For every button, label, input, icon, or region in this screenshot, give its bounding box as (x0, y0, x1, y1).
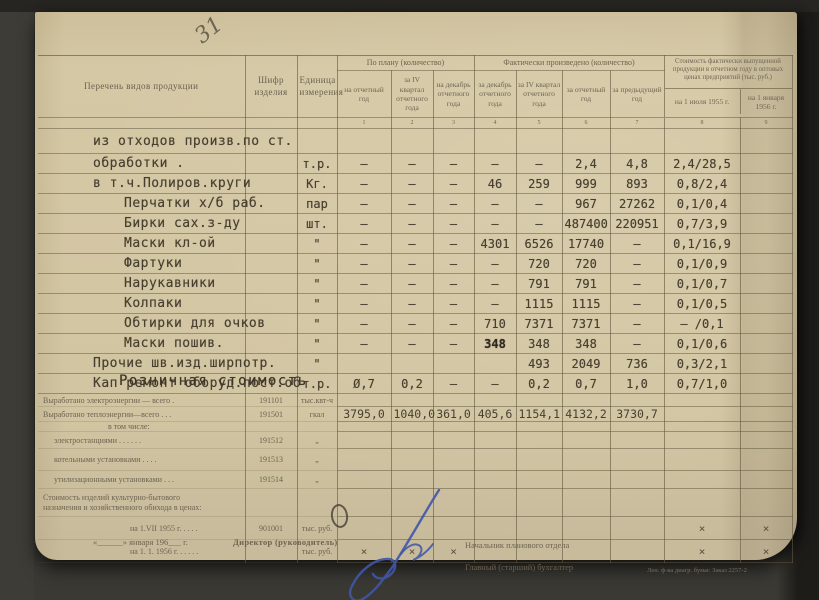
footer-date-line: «______» января 196___ г. (93, 537, 188, 547)
data-cell: 710 (474, 314, 516, 334)
unit-of-measure: пар (297, 194, 337, 214)
data-cell: – (474, 214, 516, 234)
data-cell (664, 407, 740, 422)
data-cell: × (337, 540, 391, 563)
data-cell: 348 (474, 334, 516, 354)
data-cell: 967 (562, 194, 610, 214)
header-code: Шифр изделия (245, 56, 297, 118)
data-cell: – (337, 174, 391, 194)
data-cell (740, 314, 792, 334)
table-row: электростанциями . . . . . . 191512 „ (38, 432, 792, 449)
data-cell: 17740 (562, 234, 610, 254)
data-cell: – (433, 174, 474, 194)
table-row: Бирки сах.з-ду шт. – – – – – 487400 2209… (38, 214, 792, 234)
product-label: Перчатки х/б раб. (38, 194, 245, 214)
data-cell (433, 471, 474, 489)
unit-of-measure: " (297, 274, 337, 294)
data-cell (474, 449, 516, 471)
table-row: Фартуки " – – – – 720 720 – 0,1/0,9 (38, 254, 792, 274)
data-cell (664, 471, 740, 489)
data-cell: – (433, 334, 474, 354)
data-cell (391, 432, 433, 449)
product-code (245, 422, 297, 432)
data-cell (337, 354, 391, 374)
data-cell: – (391, 234, 433, 254)
product-code: 191513 (245, 449, 297, 471)
data-cell (474, 517, 516, 540)
product-label: Маски пошив. (38, 334, 245, 354)
data-cell: – (610, 314, 664, 334)
header-fact-prev-year: за предыдущий год (610, 71, 664, 118)
data-cell: – (337, 214, 391, 234)
product-label: Колпаки (38, 294, 245, 314)
data-cell (337, 129, 391, 154)
product-code: 191512 (245, 432, 297, 449)
data-cell (740, 274, 792, 294)
data-cell: 736 (610, 354, 664, 374)
table-row: Стоимость изделий культурно-бытового наз… (38, 489, 792, 517)
data-cell (516, 394, 562, 407)
data-cell: 720 (516, 254, 562, 274)
data-cell (562, 129, 610, 154)
data-cell: 3730,7 (610, 407, 664, 422)
data-cell: × (664, 517, 740, 540)
data-cell (740, 354, 792, 374)
header-products: Перечень видов продукции (38, 56, 245, 118)
data-cell: 1115 (562, 294, 610, 314)
data-cell (562, 432, 610, 449)
data-cell: – (391, 154, 433, 174)
data-cell (610, 449, 664, 471)
data-cell (740, 422, 792, 432)
header-cost-group: Стоимость фактически выпущенной продукци… (664, 56, 792, 118)
data-cell (610, 394, 664, 407)
unit-of-measure: тыс.квт-ч (297, 394, 337, 407)
table-row: Перчатки х/б раб. пар – – – – – 967 2726… (38, 194, 792, 214)
product-code (245, 294, 297, 314)
data-cell: 493 (516, 354, 562, 374)
data-cell (391, 354, 433, 374)
data-cell (433, 354, 474, 374)
footer-director-label: Директор (руководитель) (233, 537, 338, 547)
data-cell (562, 422, 610, 432)
data-cell: 0,1/0,9 (664, 254, 740, 274)
table-row: Маски пошив. " – – – 348 348 348 – 0,1/0… (38, 334, 792, 354)
table-row: обработки . т.р. – – – – – 2,4 4,8 2,4/2… (38, 154, 792, 174)
unit-of-measure: " (297, 294, 337, 314)
data-cell (391, 449, 433, 471)
data-cell (740, 129, 792, 154)
data-cell: 2049 (562, 354, 610, 374)
column-number: 3 (433, 118, 474, 129)
data-cell: 0,1/0,5 (664, 294, 740, 314)
header-cost-january-1956: на 1 января 1956 г. (741, 89, 792, 114)
data-cell: 0,1/16,9 (664, 234, 740, 254)
column-number: 6 (562, 118, 610, 129)
data-cell: 0,2 (516, 374, 562, 394)
header-cost-july-1955: на 1 июля 1955 г. (665, 89, 741, 114)
data-cell (740, 234, 792, 254)
footer-chief-accountant-label: Главный (старший) бухгалтер (465, 562, 573, 572)
unit-of-measure: „ (297, 449, 337, 471)
column-number: 4 (474, 118, 516, 129)
data-cell (516, 432, 562, 449)
data-cell: – (391, 174, 433, 194)
header-fact-december: за декабрь отчетного года (474, 71, 516, 118)
data-cell (516, 517, 562, 540)
table-row: Выработано электроэнергии — всего . 1911… (38, 394, 792, 407)
document-sheet: 31 Перечень видов продукции Шифр изделия… (35, 12, 797, 560)
data-cell (740, 432, 792, 449)
data-cell (740, 154, 792, 174)
data-cell: – (516, 214, 562, 234)
data-cell: 4301 (474, 234, 516, 254)
data-cell (610, 422, 664, 432)
data-cell: – (433, 374, 474, 394)
table-row: Маски кл-ой " – – – 4301 6526 17740 – 0,… (38, 234, 792, 254)
product-code (245, 154, 297, 174)
data-cell: – (610, 234, 664, 254)
page-number-pencil: 31 (190, 12, 227, 49)
data-cell: – (391, 314, 433, 334)
product-label: обработки . (38, 154, 245, 174)
data-cell: 2,4/28,5 (664, 154, 740, 174)
data-cell: 0,1/0,7 (664, 274, 740, 294)
data-cell: 0,1/0,6 (664, 334, 740, 354)
data-cell (740, 449, 792, 471)
data-cell: – (610, 334, 664, 354)
data-cell: – (433, 294, 474, 314)
product-label: Нарукавники (38, 274, 245, 294)
data-cell: 0,7/3,9 (664, 214, 740, 234)
column-number: 2 (391, 118, 433, 129)
data-cell (610, 489, 664, 517)
data-cell: – (474, 194, 516, 214)
data-cell (740, 407, 792, 422)
unit-of-measure: Кг. (297, 174, 337, 194)
data-cell (740, 394, 792, 407)
header-plan-group: По плану (количество) (337, 56, 474, 71)
data-cell (664, 422, 740, 432)
data-cell: 405,6 (474, 407, 516, 422)
data-cell: 7371 (516, 314, 562, 334)
data-cell (740, 214, 792, 234)
unit-of-measure: " (297, 314, 337, 334)
table-row: Обтирки для очков " – – – 710 7371 7371 … (38, 314, 792, 334)
data-cell: Ø,7 (337, 374, 391, 394)
data-cell (610, 471, 664, 489)
data-cell (337, 449, 391, 471)
data-cell: 2,4 (562, 154, 610, 174)
product-label: Обтирки для очков (38, 314, 245, 334)
data-cell (433, 489, 474, 517)
unit-of-measure: „ (297, 471, 337, 489)
data-cell: – /0,1 (664, 314, 740, 334)
data-cell (391, 129, 433, 154)
data-cell (391, 394, 433, 407)
product-label: в т.ч.Полиров.круги (38, 174, 245, 194)
data-cell: – (474, 154, 516, 174)
data-cell: – (337, 254, 391, 274)
data-cell (610, 129, 664, 154)
data-cell: 1040,0 (391, 407, 433, 422)
header-plan-q4: за IV квартал отчетного года (391, 71, 433, 118)
data-cell (664, 129, 740, 154)
table-row: в т.ч.Полиров.круги Кг. – – – 46 259 999… (38, 174, 792, 194)
product-code (245, 174, 297, 194)
data-cell: 27262 (610, 194, 664, 214)
data-cell (337, 394, 391, 407)
table-row: Колпаки " – – – – 1115 1115 – 0,1/0,5 (38, 294, 792, 314)
data-cell (740, 294, 792, 314)
data-cell: 6526 (516, 234, 562, 254)
data-cell: × (740, 540, 792, 563)
data-cell (433, 517, 474, 540)
product-label: в том числе: (38, 422, 245, 432)
unit-of-measure: " (297, 254, 337, 274)
data-cell: 348 (516, 334, 562, 354)
data-cell: × (664, 540, 740, 563)
data-cell: – (391, 274, 433, 294)
data-cell (433, 432, 474, 449)
data-cell (474, 129, 516, 154)
column-number: 9 (740, 118, 792, 129)
data-cell: 791 (516, 274, 562, 294)
product-code (245, 274, 297, 294)
product-code (245, 254, 297, 274)
data-cell (433, 422, 474, 432)
data-cell (664, 432, 740, 449)
data-cell (474, 354, 516, 374)
data-cell (516, 422, 562, 432)
unit-of-measure (297, 129, 337, 154)
data-cell: – (433, 274, 474, 294)
data-cell (664, 489, 740, 517)
unit-of-measure: " (297, 334, 337, 354)
data-cell: – (610, 274, 664, 294)
header-fact-q4: за IV квартал отчетного года (516, 71, 562, 118)
data-cell (337, 471, 391, 489)
data-cell (391, 471, 433, 489)
data-cell: × (391, 540, 433, 563)
data-cell (740, 334, 792, 354)
product-code (245, 489, 297, 517)
footer-print-shop-note: Лен. ф-ка диагр. бумаг. Заказ 2257-2 (647, 567, 747, 574)
data-cell: 348 (562, 334, 610, 354)
data-cell (516, 471, 562, 489)
table-row: утилизационными установками . . . 191514… (38, 471, 792, 489)
data-cell: – (433, 234, 474, 254)
data-cell: 0,7/1,0 (664, 374, 740, 394)
data-cell: – (391, 334, 433, 354)
product-label: утилизационными установками . . . (38, 471, 245, 489)
product-label: Стоимость изделий культурно-бытового наз… (38, 489, 245, 517)
data-cell (391, 517, 433, 540)
data-cell (740, 254, 792, 274)
header-cost-caption: Стоимость фактически выпущенной продукци… (665, 56, 792, 88)
data-cell: – (474, 274, 516, 294)
data-cell (433, 129, 474, 154)
data-cell (610, 517, 664, 540)
data-cell: 0,7 (562, 374, 610, 394)
data-cell: – (433, 214, 474, 234)
footer-planning-head-label: Начальник планового отдела (465, 540, 569, 550)
product-label: котельными установками . . . . (38, 449, 245, 471)
data-cell: – (391, 294, 433, 314)
product-label: из отходов произв.по ст. (38, 129, 245, 154)
data-cell (562, 517, 610, 540)
data-cell: 1115 (516, 294, 562, 314)
data-cell (664, 394, 740, 407)
table-row: в том числе: (38, 422, 792, 432)
data-cell: – (391, 214, 433, 234)
data-cell (474, 471, 516, 489)
data-cell: – (433, 154, 474, 174)
product-label: электростанциями . . . . . . (38, 432, 245, 449)
column-number: 1 (337, 118, 391, 129)
data-cell (474, 432, 516, 449)
table-row: котельными установками . . . . 191513 „ (38, 449, 792, 471)
column-number-row: 1 2 3 4 5 6 7 8 9 (38, 118, 792, 129)
data-cell (474, 422, 516, 432)
data-cell: 999 (562, 174, 610, 194)
data-cell (516, 129, 562, 154)
product-label: Фартуки (38, 254, 245, 274)
data-cell: – (433, 254, 474, 274)
data-cell (433, 394, 474, 407)
scan-background: 31 Перечень видов продукции Шифр изделия… (0, 0, 819, 600)
data-cell: – (337, 274, 391, 294)
data-cell (610, 432, 664, 449)
data-cell: 0,3/2,1 (664, 354, 740, 374)
product-label: Выработано теплоэнергии—всего . . . (38, 407, 245, 422)
data-cell (337, 432, 391, 449)
data-cell: 791 (562, 274, 610, 294)
data-cell: – (610, 254, 664, 274)
column-number: 5 (516, 118, 562, 129)
data-cell: – (474, 254, 516, 274)
header-fact-year: за отчетный год (562, 71, 610, 118)
data-cell: 3795,0 (337, 407, 391, 422)
data-cell: – (337, 234, 391, 254)
data-cell: – (433, 194, 474, 214)
table-row: Нарукавники " – – – – 791 791 – 0,1/0,7 (38, 274, 792, 294)
data-cell: 893 (610, 174, 664, 194)
table-row: из отходов произв.по ст. (38, 129, 792, 154)
data-cell: – (391, 194, 433, 214)
data-cell (740, 194, 792, 214)
data-cell (610, 540, 664, 563)
unit-of-measure: гкал (297, 407, 337, 422)
unit-of-measure (297, 422, 337, 432)
data-cell: – (516, 154, 562, 174)
unit-of-measure: т.р. (297, 154, 337, 174)
data-cell (433, 449, 474, 471)
column-number (38, 118, 245, 129)
unit-of-measure: „ (297, 432, 337, 449)
header-unit: Единица измерения (297, 56, 337, 118)
production-report-table: Перечень видов продукции Шифр изделия Ед… (38, 55, 793, 563)
product-code: 191514 (245, 471, 297, 489)
product-label: Бирки сах.з-ду (38, 214, 245, 234)
data-cell (391, 422, 433, 432)
data-cell (337, 422, 391, 432)
data-cell: × (740, 517, 792, 540)
retail-value-typed-overlay: Розничная стоимость (119, 373, 308, 389)
data-cell: – (516, 194, 562, 214)
product-code: 191101 (245, 394, 297, 407)
data-cell: – (433, 314, 474, 334)
data-cell (740, 471, 792, 489)
data-cell: 259 (516, 174, 562, 194)
column-number (245, 118, 297, 129)
data-cell: – (337, 314, 391, 334)
data-cell: – (337, 194, 391, 214)
data-cell: 220951 (610, 214, 664, 234)
data-cell: – (474, 294, 516, 314)
data-cell: 46 (474, 174, 516, 194)
data-cell: – (337, 334, 391, 354)
data-cell (562, 394, 610, 407)
unit-of-measure: " (297, 354, 337, 374)
data-cell (474, 489, 516, 517)
product-code: 191501 (245, 407, 297, 422)
data-cell: 4,8 (610, 154, 664, 174)
data-cell: 4132,2 (562, 407, 610, 422)
unit-of-measure: шт. (297, 214, 337, 234)
data-cell (740, 174, 792, 194)
data-cell: – (337, 294, 391, 314)
product-code (245, 234, 297, 254)
data-cell (516, 489, 562, 517)
data-cell: – (474, 374, 516, 394)
column-number: 7 (610, 118, 664, 129)
data-cell: – (391, 254, 433, 274)
table-header: Перечень видов продукции Шифр изделия Ед… (38, 56, 792, 129)
table-body: из отходов произв.по ст. обработки . т.р… (38, 129, 792, 563)
data-cell: – (610, 294, 664, 314)
data-cell: – (337, 154, 391, 174)
data-cell: 7371 (562, 314, 610, 334)
data-cell: 720 (562, 254, 610, 274)
product-label: Прочие шв.изд.ширпотр. (38, 354, 245, 374)
data-cell (740, 374, 792, 394)
data-cell: 487400 (562, 214, 610, 234)
unit-of-measure: " (297, 234, 337, 254)
data-cell: 1,0 (610, 374, 664, 394)
data-cell (391, 489, 433, 517)
data-cell (664, 449, 740, 471)
table-row: Прочие шв.изд.ширпотр. " 493 2049 736 0,… (38, 354, 792, 374)
data-cell (516, 449, 562, 471)
data-cell: 0,8/2,4 (664, 174, 740, 194)
data-cell: 0,2 (391, 374, 433, 394)
data-cell (740, 489, 792, 517)
product-code (245, 334, 297, 354)
header-plan-december: на декабрь отчетного года (433, 71, 474, 118)
data-cell: 1154,1 (516, 407, 562, 422)
product-code (245, 214, 297, 234)
data-cell: 0,1/0,4 (664, 194, 740, 214)
product-label: Маски кл-ой (38, 234, 245, 254)
table-row: Выработано теплоэнергии—всего . . . 1915… (38, 407, 792, 422)
data-cell: 361,0 (433, 407, 474, 422)
column-number: 8 (664, 118, 740, 129)
data-cell (562, 489, 610, 517)
data-cell (474, 394, 516, 407)
data-cell (562, 471, 610, 489)
header-fact-group: Фактически произведено (количество) (474, 56, 664, 71)
